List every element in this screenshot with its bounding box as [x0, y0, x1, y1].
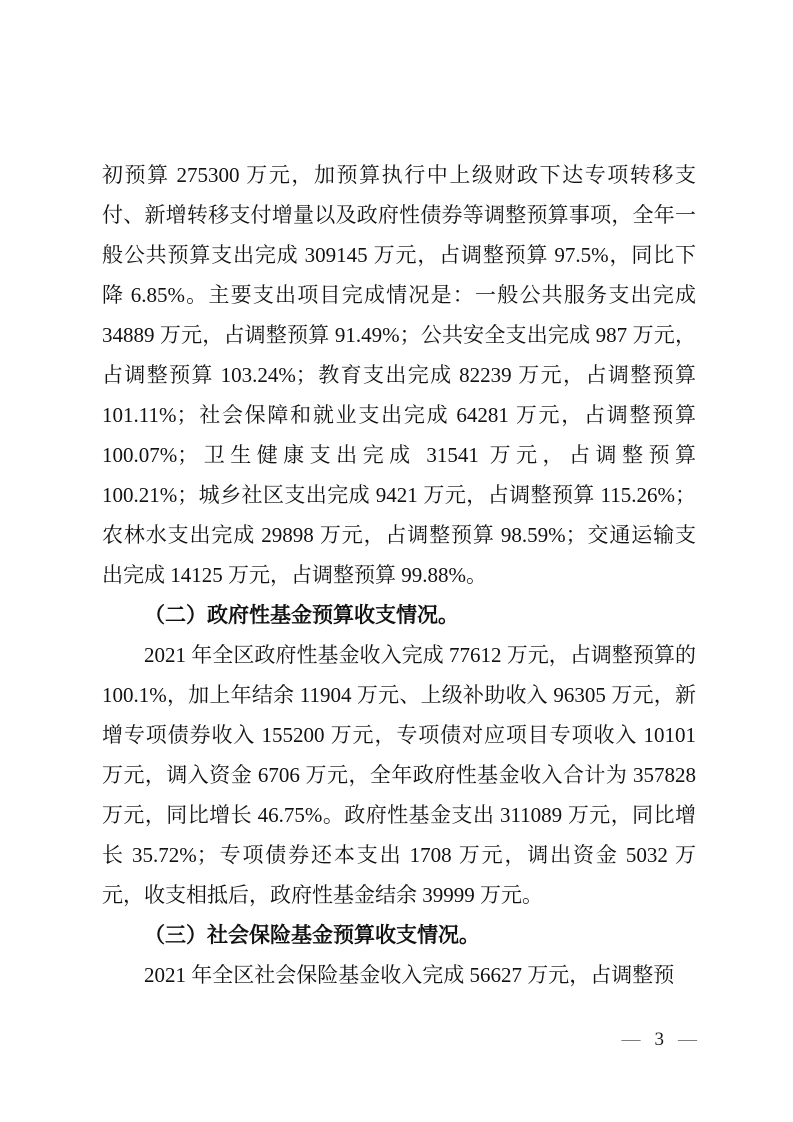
page-number-value: 3	[655, 1029, 665, 1050]
page-number-dash-right: —	[678, 1029, 697, 1050]
page-number-dash-left: —	[622, 1029, 641, 1050]
paragraph-social-insurance-budget: 2021 年全区社会保险基金收入完成 56627 万元，占调整预	[102, 955, 696, 995]
section-heading-government-funds-budget: （二）政府性基金预算收支情况。	[102, 595, 696, 635]
document-body: 初预算 275300 万元，加预算执行中上级财政下达专项转移支付、新增转移支付增…	[102, 155, 696, 995]
paragraph-government-funds-budget: 2021 年全区政府性基金收入完成 77612 万元，占调整预算的 100.1%…	[102, 635, 696, 915]
page-number: —3—	[622, 1028, 698, 1052]
paragraph-general-budget-expenditure: 初预算 275300 万元，加预算执行中上级财政下达专项转移支付、新增转移支付增…	[102, 155, 696, 595]
document-page: 初预算 275300 万元，加预算执行中上级财政下达专项转移支付、新增转移支付增…	[0, 0, 793, 1122]
section-heading-social-insurance-budget: （三）社会保险基金预算收支情况。	[102, 915, 696, 955]
